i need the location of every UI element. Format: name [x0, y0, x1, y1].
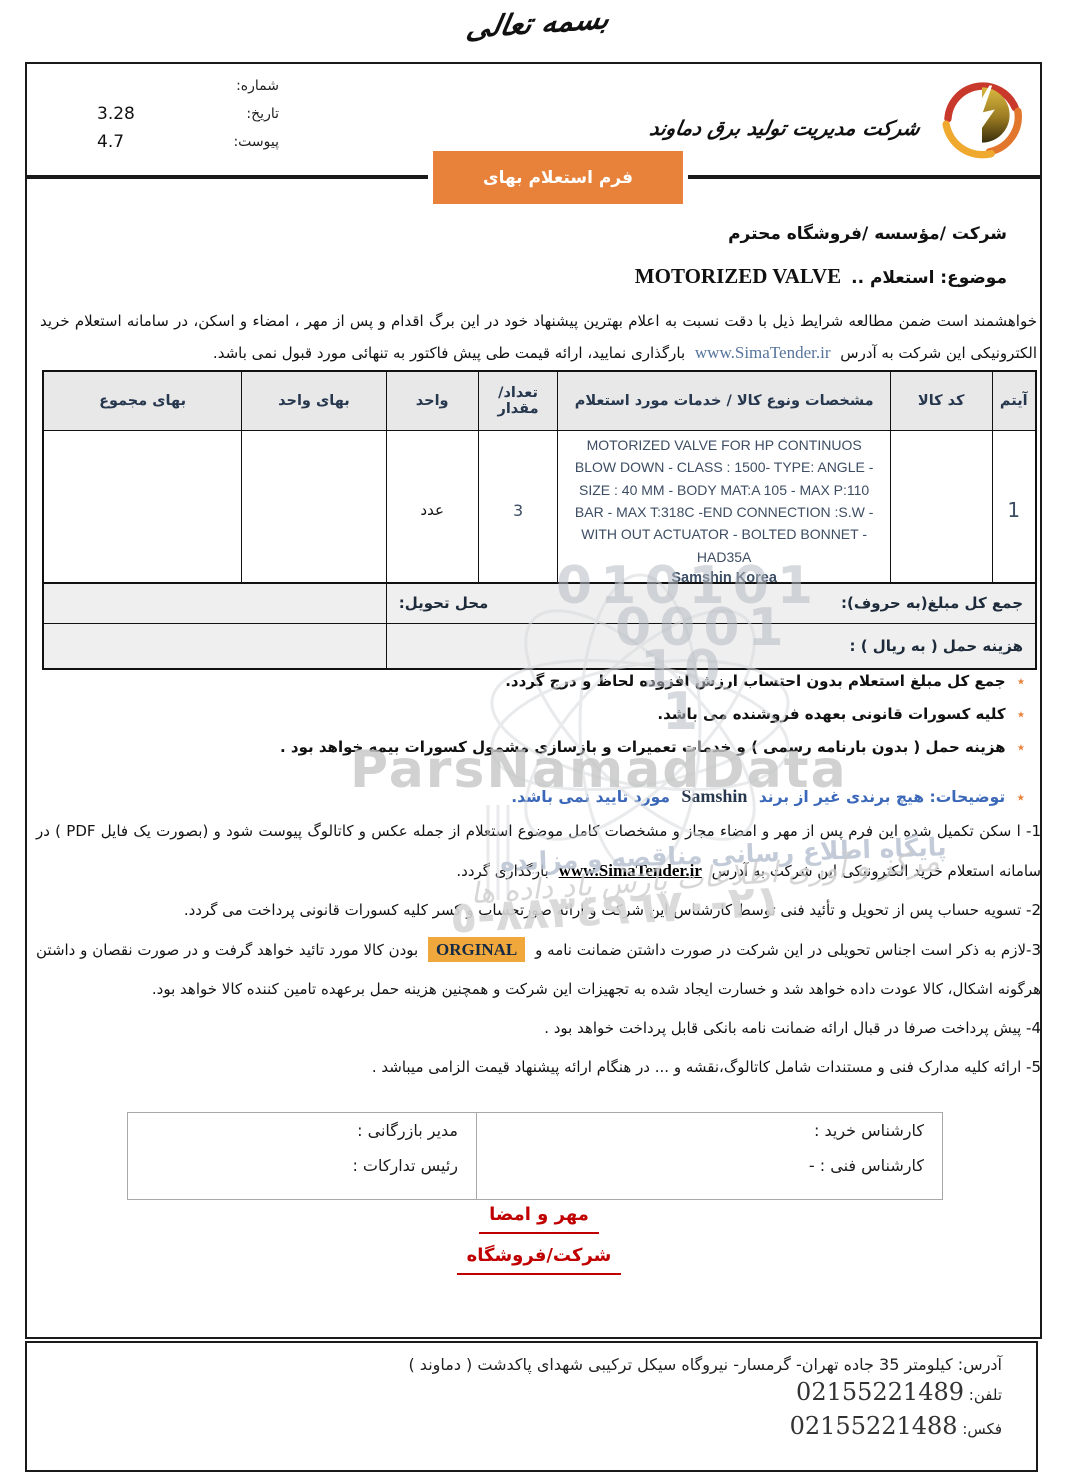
- item-spec-cell: MOTORIZED VALVE FOR HP CONTINUOS BLOW DO…: [558, 431, 890, 591]
- stamp-line-1: مهر و امضا: [479, 1204, 599, 1234]
- col-header-qty-line1: تعداد/: [498, 385, 538, 401]
- procurement-head-label: رئیس تدارکات :: [146, 1156, 458, 1175]
- col-header-unit-price: بهای واحد: [242, 371, 387, 431]
- brand-note: ٭ توضیحات: هیچ برندی غیر از برند Samshin…: [511, 786, 1025, 807]
- form-title-banner: فرم استعلام بهای: [428, 146, 688, 209]
- item-total-price-cell: [43, 431, 242, 591]
- company-logo-icon: [936, 69, 1028, 161]
- brand-note-brand: Samshin: [681, 786, 747, 806]
- form-title: فرم استعلام بهای: [433, 151, 683, 204]
- col-header-qty-line2: مقدار: [497, 401, 538, 417]
- orginal-highlight: ORGINAL: [428, 937, 525, 962]
- bullet-vat-text: جمع کل مبلغ استعلام بدون احتساب ارزش افز…: [505, 672, 1005, 690]
- shipping-cost-cell: هزینه حمل ( به ریال ) :: [386, 623, 1036, 669]
- item-description: MOTORIZED VALVE FOR HP CONTINUOS BLOW DO…: [560, 434, 887, 568]
- fax-label: فکس:: [962, 1420, 1002, 1438]
- item-code-cell: [890, 431, 992, 591]
- signatures-box: کارشناس خرید : کارشناس فنی : - مدیر بازر…: [127, 1112, 943, 1200]
- total-in-words-label: جمع کل مبلغ(به حروف):: [841, 594, 1023, 612]
- bullet-shipping: ٭ هزینه حمل ( بدون بارنامه رسمی ) و خدما…: [60, 738, 1025, 756]
- simatender-url-bold: www.SimaTender.ir: [559, 861, 702, 880]
- items-table: آیتم کد کالا مشخصات ونوع کالا / خدمات مو…: [42, 370, 1037, 591]
- col-header-item: آیتم: [992, 371, 1036, 431]
- date-value: 3.28: [97, 104, 135, 124]
- technical-expert-label: کارشناس فنی : -: [495, 1156, 924, 1175]
- condition-1: 1- ا سکن تکمیل شده این فرم پس از مهر و ا…: [36, 812, 1041, 891]
- item-row-1: 1 MOTORIZED VALVE FOR HP CONTINUOS BLOW …: [43, 431, 1036, 591]
- signatures-left-cell: مدیر بازرگانی : رئیس تدارکات :: [128, 1113, 476, 1199]
- date-label: تاریخ:: [246, 106, 279, 122]
- col-header-qty: تعداد/ مقدار: [478, 371, 558, 431]
- phone-number: 02155221489: [796, 1378, 964, 1406]
- commercial-manager-label: مدیر بازرگانی :: [146, 1121, 458, 1140]
- bullet-vat: ٭ جمع کل مبلغ استعلام بدون احتساب ارزش ا…: [60, 672, 1025, 690]
- signatures-right-cell: کارشناس خرید : کارشناس فنی : -: [476, 1113, 942, 1199]
- asterisk-icon: ٭: [1017, 705, 1025, 723]
- col-header-total-price: بهای مجموع: [43, 371, 242, 431]
- col-header-spec: مشخصات ونوع کالا / خدمات مورد استعلام: [558, 371, 890, 431]
- footer-contact-box: آدرس: کیلومتر 35 جاده تهران- گرمسار- نیر…: [25, 1341, 1038, 1472]
- shipping-cost-row: هزینه حمل ( به ریال ) :: [43, 623, 1036, 669]
- total-in-words-empty-cell: [43, 583, 386, 623]
- condition-1-tail: بارگذاری گردد.: [456, 862, 548, 880]
- bullet-shipping-text: هزینه حمل ( بدون بارنامه رسمی ) و خدمات …: [280, 738, 1006, 756]
- subject-value: MOTORIZED VALVE: [635, 264, 841, 288]
- stamp-signature-area: مهر و امضا شرکت/فروشگاه: [389, 1204, 689, 1286]
- attachment-label: پیوست:: [233, 134, 279, 150]
- address-line: آدرس: کیلومتر 35 جاده تهران- گرمسار- نیر…: [61, 1355, 1002, 1374]
- condition-4: 4- پیش پرداخت صرفا در قبال ارائه ضمانت ن…: [36, 1009, 1041, 1048]
- field-date: تاریخ: 3.28: [97, 100, 279, 128]
- simatender-url: www.SimaTender.ir: [695, 343, 831, 362]
- field-attachment: پیوست: 4.7: [97, 128, 279, 156]
- scanned-inquiry-form: { "bismillah": "بسمه تعالی", "header": {…: [0, 0, 1077, 1480]
- asterisk-icon: ٭: [1017, 672, 1025, 690]
- condition-2: 2- تسویه حساب پس از تحویل و تأئید فنی تو…: [36, 891, 1041, 930]
- asterisk-icon: ٭: [1017, 788, 1025, 806]
- condition-3: 3-لازم به ذکر است اجناس تحویلی در این شر…: [36, 930, 1041, 1009]
- phone-line: تلفن: 02155221489: [61, 1378, 1002, 1412]
- letterhead-fields: شماره: تاریخ: 3.28 پیوست: 4.7: [97, 72, 279, 156]
- subject-label: موضوع: استعلام ..: [851, 268, 1007, 288]
- shipping-cost-empty-cell: [43, 623, 386, 669]
- item-qty-cell: 3: [478, 431, 558, 591]
- intro-text-after-link: بارگذاری نمایید، ارائه قیمت طی پیش فاکتو…: [213, 344, 685, 362]
- bullet-deductions: ٭ کلیه کسورات قانونی بعهده فروشنده می با…: [60, 705, 1025, 723]
- items-table-header-row: آیتم کد کالا مشخصات ونوع کالا / خدمات مو…: [43, 371, 1036, 431]
- phone-label: تلفن:: [969, 1386, 1002, 1404]
- number-label: شماره:: [236, 78, 279, 94]
- condition-5: 5- ارائه کلیه مدارک فنی و مستندات شامل ک…: [36, 1048, 1041, 1087]
- greeting-line: شرکت /مؤسسه /فروشگاه محترم: [728, 224, 1007, 244]
- stamp-line-2: شرکت/فروشگاه: [457, 1245, 622, 1275]
- brand-note-before: توضیحات: هیچ برندی غیر از برند: [759, 788, 1005, 806]
- company-name: شرکت مدیریت تولید برق دماوند: [648, 116, 922, 140]
- conditions-list: 1- ا سکن تکمیل شده این فرم پس از مهر و ا…: [36, 812, 1041, 1087]
- bullet-deductions-text: کلیه کسورات قانونی بعهده فروشنده می باشد…: [657, 705, 1005, 723]
- bismillah-text: بسمه تعالی: [464, 1, 612, 45]
- intro-paragraph: خواهشمند است ضمن مطالعه شرایط ذیل با دقت…: [40, 306, 1037, 369]
- fax-number: 02155221488: [790, 1412, 958, 1440]
- total-in-words-cell: جمع کل مبلغ(به حروف): محل تحویل:: [386, 583, 1036, 623]
- item-number-cell: 1: [992, 431, 1036, 591]
- brand-note-after: مورد تایید نمی باشد.: [511, 788, 670, 806]
- purchase-expert-label: کارشناس خرید :: [495, 1121, 924, 1140]
- col-header-code: کد کالا: [890, 371, 992, 431]
- fax-line: فکس: 02155221488: [61, 1412, 1002, 1446]
- col-header-unit: واحد: [386, 371, 478, 431]
- bullet-notes: ٭ جمع کل مبلغ استعلام بدون احتساب ارزش ا…: [60, 672, 1025, 771]
- totals-table: جمع کل مبلغ(به حروف): محل تحویل: هزینه ح…: [42, 582, 1037, 670]
- condition-3-text: 3-لازم به ذکر است اجناس تحویلی در این شر…: [535, 941, 1041, 959]
- asterisk-icon: ٭: [1017, 738, 1025, 756]
- item-unit-price-cell: [242, 431, 387, 591]
- item-unit-cell: عدد: [386, 431, 478, 591]
- total-in-words-row: جمع کل مبلغ(به حروف): محل تحویل:: [43, 583, 1036, 623]
- attachment-value: 4.7: [97, 132, 124, 152]
- bismillah-calligraphy: بسمه تعالی: [0, 6, 1077, 40]
- delivery-place-label: محل تحویل:: [399, 594, 489, 612]
- subject-line: موضوع: استعلام .. MOTORIZED VALVE: [631, 264, 1007, 289]
- field-number: شماره:: [97, 72, 279, 100]
